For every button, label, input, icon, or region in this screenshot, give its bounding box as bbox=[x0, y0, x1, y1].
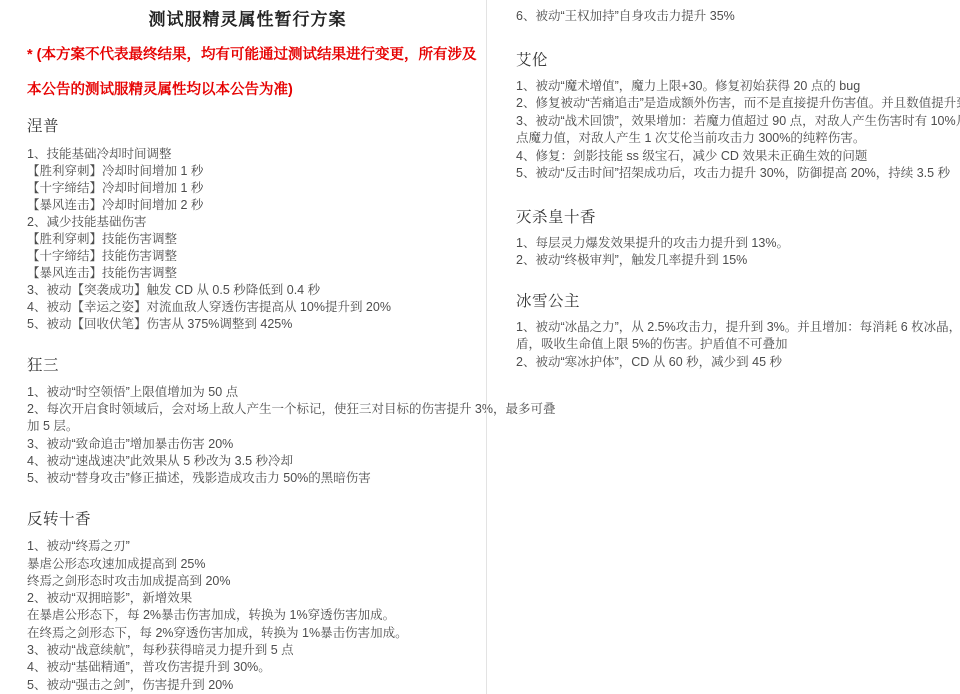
text-line: 【十字缔结】技能伤害调整 bbox=[27, 248, 468, 265]
section-ailun: 艾伦 1、被动“魔术增值”，魔力上限+30。修复初始获得 20 点的 bug 2… bbox=[516, 52, 960, 183]
text-line: 【胜利穿刺】技能伤害调整 bbox=[27, 231, 468, 248]
text-line: 【十字缔结】冷却时间增加 1 秒 bbox=[27, 180, 468, 197]
left-column: 测试服精灵属性暂行方案 * (本方案不代表最终结果，均有可能通过测试结果进行变更… bbox=[0, 0, 486, 694]
text-line: 4、被动“基础精通”，普攻伤害提升到 30%。 bbox=[27, 659, 468, 676]
disclaimer-line: 本公告的测试服精灵属性均以本公告为准) bbox=[27, 73, 468, 108]
column-divider bbox=[486, 0, 487, 694]
right-column: 6、被动“王权加持”自身攻击力提升 35% 艾伦 1、被动“魔术增值”，魔力上限… bbox=[486, 0, 960, 694]
text-line: 5、被动“反击时间”招架成功后，攻击力提升 30%，防御提高 20%，持续 3.… bbox=[516, 165, 960, 183]
text-line: 2、被动“寒冰护体”，CD 从 60 秒，减少到 45 秒 bbox=[516, 354, 960, 372]
text-line: 暴虐公形态攻速加成提高到 25% bbox=[27, 556, 468, 573]
text-line: 1、被动“魔术增值”，魔力上限+30。修复初始获得 20 点的 bug bbox=[516, 78, 960, 96]
text-line: 5、被动“强击之剑”，伤害提升到 20% bbox=[27, 677, 468, 694]
text-line: 1、每层灵力爆发效果提升的攻击力提升到 13%。 bbox=[516, 235, 960, 253]
text-line-carryover: 6、被动“王权加持”自身攻击力提升 35% bbox=[516, 8, 960, 26]
text-line: 在暴虐公形态下，每 2%暴击伤害加成，转换为 1%穿透伤害加成。 bbox=[27, 607, 468, 624]
text-line: 终焉之剑形态时攻击加成提高到 20% bbox=[27, 573, 468, 590]
section-body: 1、被动“魔术增值”，魔力上限+30。修复初始获得 20 点的 bug 2、修复… bbox=[516, 78, 960, 183]
page-title: 测试服精灵属性暂行方案 bbox=[27, 10, 468, 30]
section-heading: 冰雪公主 bbox=[516, 293, 960, 311]
section-heading: 灭杀皇十香 bbox=[516, 209, 960, 227]
section-body: 1、被动“终焉之刃” 暴虐公形态攻速加成提高到 25% 终焉之剑形态时攻击加成提… bbox=[27, 538, 468, 694]
text-line: 2、修复被动“苦痛追击”是造成额外伤害，而不是直接提升伤害值。并且数值提升到+2… bbox=[516, 95, 960, 113]
text-line: 3、被动“战意续航”，每秒获得暗灵力提升到 5 点 bbox=[27, 642, 468, 659]
text-line: 加 5 层。 bbox=[27, 418, 468, 435]
text-line: 1、被动“冰晶之力”，从 2.5%攻击力，提升到 3%。并且增加：每消耗 6 枚… bbox=[516, 319, 960, 337]
section-heading: 涅普 bbox=[27, 118, 468, 136]
text-line: 2、被动“双拥暗影”，新增效果 bbox=[27, 590, 468, 607]
section-body: 1、被动“时空领悟”上限值增加为 50 点 2、每次开启食时领域后，会对场上敌人… bbox=[27, 384, 468, 487]
text-line: 1、被动“终焉之刃” bbox=[27, 538, 468, 555]
section-miesha-huang-shixiang: 灭杀皇十香 1、每层灵力爆发效果提升的攻击力提升到 13%。 2、被动“终极审判… bbox=[516, 209, 960, 270]
text-line: 4、修复：剑影技能 ss 级宝石，减少 CD 效果未正确生效的问题 bbox=[516, 148, 960, 166]
text-line: 2、被动“终极审判”，触发几率提升到 15% bbox=[516, 252, 960, 270]
text-line: 3、被动“战术回馈”，效果增加：若魔力值超过 90 点，对敌人产生伤害时有 10… bbox=[516, 113, 960, 131]
text-line: 5、被动【回收伏笔】伤害从 375%调整到 425% bbox=[27, 316, 468, 333]
text-line: 3、被动“致命追击”增加暴击伤害 20% bbox=[27, 436, 468, 453]
text-line: 2、每次开启食时领域后，会对场上敌人产生一个标记，使狂三对目标的伤害提升 3%，… bbox=[27, 401, 468, 418]
text-line: 4、被动“速战速决”此效果从 5 秒改为 3.5 秒冷却 bbox=[27, 453, 468, 470]
announcement-page: 测试服精灵属性暂行方案 * (本方案不代表最终结果，均有可能通过测试结果进行变更… bbox=[0, 0, 960, 694]
section-heading: 反转十香 bbox=[27, 511, 468, 529]
disclaimer-line: * (本方案不代表最终结果，均有可能通过测试结果进行变更，所有涉及 bbox=[27, 38, 468, 73]
section-fanzhuan-shixiang: 反转十香 1、被动“终焉之刃” 暴虐公形态攻速加成提高到 25% 终焉之剑形态时… bbox=[27, 511, 468, 694]
text-line: 【暴风连击】技能伤害调整 bbox=[27, 265, 468, 282]
text-line: 3、被动【突袭成功】触发 CD 从 0.5 秒降低到 0.4 秒 bbox=[27, 282, 468, 299]
section-niepu: 涅普 1、技能基础冷却时间调整 【胜利穿刺】冷却时间增加 1 秒 【十字缔结】冷… bbox=[27, 118, 468, 333]
text-line: 4、被动【幸运之姿】对流血敌人穿透伤害提高从 10%提升到 20% bbox=[27, 299, 468, 316]
disclaimer-block: * (本方案不代表最终结果，均有可能通过测试结果进行变更，所有涉及 本公告的测试… bbox=[27, 38, 468, 108]
text-line: 1、技能基础冷却时间调整 bbox=[27, 146, 468, 163]
text-line: 在终焉之剑形态下，每 2%穿透伤害加成，转换为 1%暴击伤害加成。 bbox=[27, 625, 468, 642]
section-heading: 艾伦 bbox=[516, 52, 960, 70]
section-heading: 狂三 bbox=[27, 357, 468, 375]
section-bingxue-gongzhu: 冰雪公主 1、被动“冰晶之力”，从 2.5%攻击力，提升到 3%。并且增加：每消… bbox=[516, 293, 960, 372]
text-line: 1、被动“时空领悟”上限值增加为 50 点 bbox=[27, 384, 468, 401]
text-line: 【暴风连击】冷却时间增加 2 秒 bbox=[27, 197, 468, 214]
text-line: 盾，吸收生命值上限 5%的伤害。护盾值不可叠加 bbox=[516, 336, 960, 354]
section-body: 1、每层灵力爆发效果提升的攻击力提升到 13%。 2、被动“终极审判”，触发几率… bbox=[516, 235, 960, 270]
text-line: 点魔力值，对敌人产生 1 次艾伦当前攻击力 300%的纯粹伤害。 bbox=[516, 130, 960, 148]
text-line: 5、被动“替身攻击”修正描述，残影造成攻击力 50%的黑暗伤害 bbox=[27, 470, 468, 487]
section-kuangsan: 狂三 1、被动“时空领悟”上限值增加为 50 点 2、每次开启食时领域后，会对场… bbox=[27, 357, 468, 487]
section-body: 1、被动“冰晶之力”，从 2.5%攻击力，提升到 3%。并且增加：每消耗 6 枚… bbox=[516, 319, 960, 372]
section-body: 1、技能基础冷却时间调整 【胜利穿刺】冷却时间增加 1 秒 【十字缔结】冷却时间… bbox=[27, 146, 468, 333]
text-line: 2、减少技能基础伤害 bbox=[27, 214, 468, 231]
text-line: 【胜利穿刺】冷却时间增加 1 秒 bbox=[27, 163, 468, 180]
